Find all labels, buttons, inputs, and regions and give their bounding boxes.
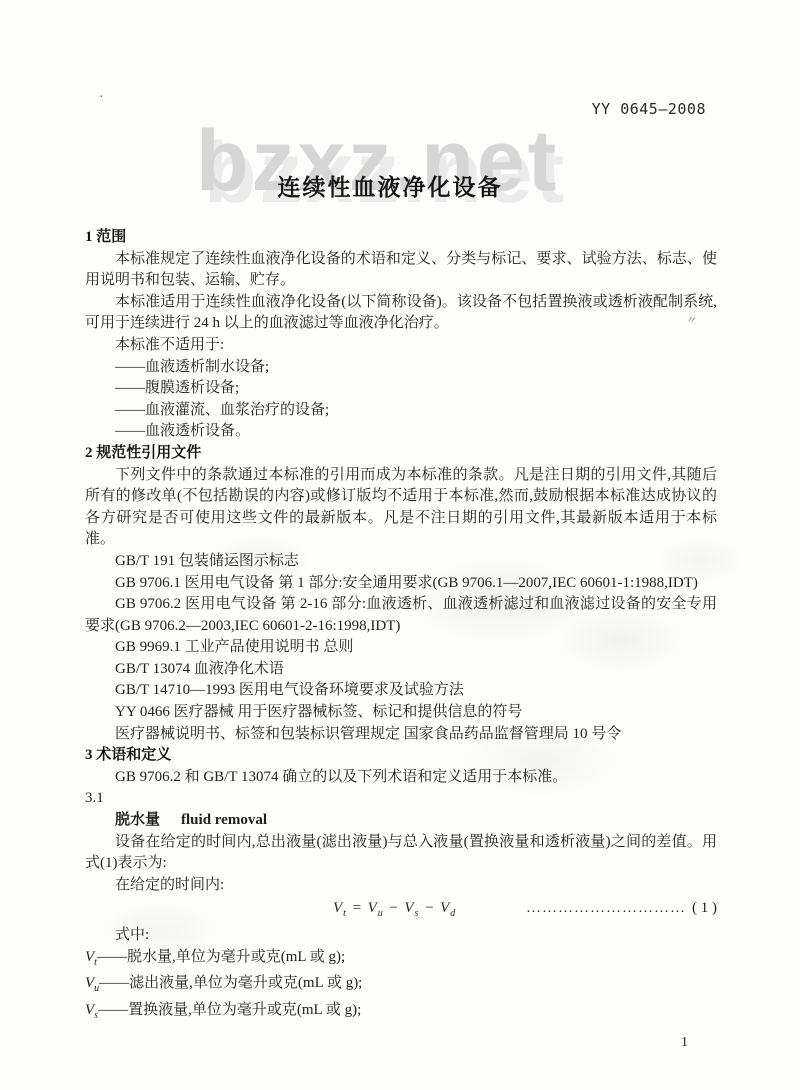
section-3-paragraph-1: GB 9706.2 和 GB/T 13074 确立的以及下列术语和定义适用于本标… (85, 767, 717, 789)
section-1-heading: 1 范围 (85, 227, 717, 249)
symbol-definition: Vu——滤出液量,单位为毫升或克(mL 或 g); (85, 973, 717, 1000)
reference-entry: GB/T 14710—1993 医用电气设备环境要求及试验方法 (85, 680, 717, 702)
formula-intro: 在给定的时间内: (85, 875, 717, 897)
term-definition: 设备在给定的时间内,总出液量(滤出液量)与总入液量(置换液量和透析液量)之间的差… (85, 832, 717, 875)
reference-entry: GB 9706.1 医用电气设备 第 1 部分:安全通用要求(GB 9706.1… (85, 573, 717, 595)
term-chinese: 脱水量 (115, 812, 160, 828)
reference-entry: 医疗器械说明书、标签和包装标识管理规定 国家食品药品监督管理局 10 号令 (85, 724, 717, 746)
exclusion-item: ——血液透析设备。 (85, 421, 717, 443)
term-line: 脱水量fluid removal (85, 810, 717, 832)
exclusion-item: ——血液灌流、血浆治疗的设备; (85, 400, 717, 422)
section-1-paragraph-1: 本标准规定了连续性血液净化设备的术语和定义、分类与标记、要求、试验方法、标志、使… (85, 249, 717, 292)
formula-expression: Vt = Vu − Vs − Vd (333, 898, 456, 925)
reference-entry: GB/T 191 包装储运图示标志 (85, 551, 717, 573)
symbol-definition: Vt——脱水量,单位为毫升或克(mL 或 g); (85, 947, 717, 974)
equation-1: Vt = Vu − Vs − Vd ………………………… ( 1 ) (85, 898, 717, 925)
scan-speck: · (99, 90, 104, 106)
section-1-paragraph-3: 本标准不适用于: (85, 335, 717, 357)
term-english: fluid removal (181, 812, 267, 828)
standard-number: YY 0645—2008 (592, 100, 706, 118)
document-page: bzxz.net bzxz.net · 〃 YY 0645—2008 连续性血液… (0, 0, 800, 1090)
reference-entry: GB 9706.2 医用电气设备 第 2-16 部分:血液透析、血液透析滤过和血… (85, 594, 717, 637)
equation-number: ( 1 ) (692, 898, 717, 920)
section-3-heading: 3 术语和定义 (85, 745, 717, 767)
page-number: 1 (681, 1035, 688, 1051)
where-label: 式中: (85, 925, 717, 947)
symbol-definition: Vs——置换液量,单位为毫升或克(mL 或 g); (85, 1000, 717, 1027)
clause-number: 3.1 (85, 788, 717, 810)
document-body: 1 范围 本标准规定了连续性血液净化设备的术语和定义、分类与标记、要求、试验方法… (85, 227, 717, 1026)
reference-entry: GB/T 13074 血液净化术语 (85, 659, 717, 681)
section-2-heading: 2 规范性引用文件 (85, 443, 717, 465)
reference-entry: YY 0466 医疗器械 用于医疗器械标签、标记和提供信息的符号 (85, 702, 717, 724)
dot-leader: ………………………… (484, 898, 686, 920)
document-title: 连续性血液净化设备 (0, 169, 780, 202)
exclusion-item: ——腹膜透析设备; (85, 378, 717, 400)
section-2-paragraph-1: 下列文件中的条款通过本标准的引用而成为本标准的条款。凡是注日期的引用文件,其随后… (85, 465, 717, 551)
reference-entry: GB 9969.1 工业产品使用说明书 总则 (85, 637, 717, 659)
exclusion-item: ——血液透析制水设备; (85, 357, 717, 379)
section-1-paragraph-2: 本标准适用于连续性血液净化设备(以下简称设备)。该设备不包括置换液或透析液配制系… (85, 292, 717, 335)
